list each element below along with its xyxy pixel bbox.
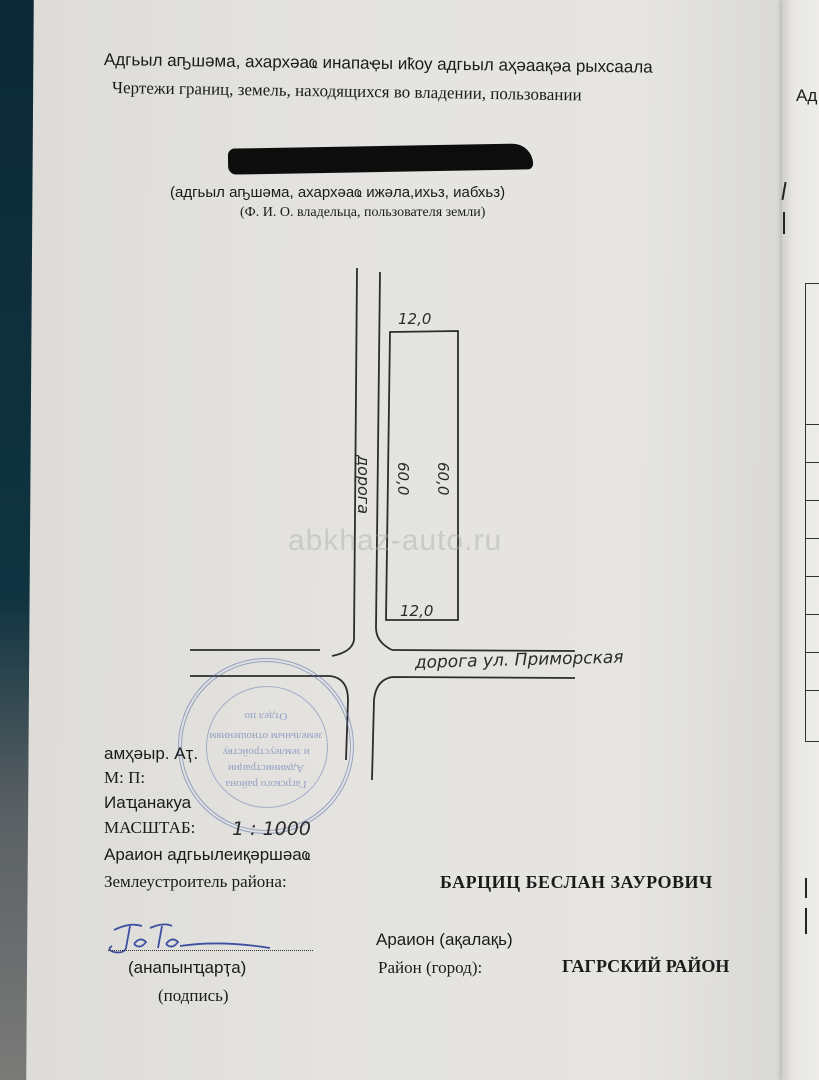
- table-row: [806, 424, 819, 425]
- table-row: [806, 652, 819, 653]
- stamp-line: Отдел по: [182, 710, 350, 722]
- horizontal-road-bottom-right: [372, 677, 575, 780]
- plot-top-dimension: 12,0: [398, 310, 431, 328]
- stamp-line: Гагрского района: [182, 778, 350, 790]
- signature: [100, 918, 300, 958]
- district-label-russian: Район (город):: [378, 958, 482, 978]
- vertical-road-left-edge: [332, 268, 357, 656]
- table-row: [806, 576, 819, 577]
- vertical-road-label: дорога: [354, 454, 373, 514]
- adjacent-page-mark: [805, 878, 807, 898]
- stamp-line: земельным отношениям: [182, 730, 350, 742]
- scale-value: 1 : 1000: [232, 818, 311, 840]
- seal-label-abkhaz: амҳәыр. Аҭ.: [104, 744, 198, 764]
- stamp-line: Администрации: [182, 762, 350, 774]
- vertical-road-right-edge: [376, 272, 392, 650]
- plot-bottom-dimension: 12,0: [400, 602, 433, 620]
- scale-label-abkhaz: Иаҵанакуа: [104, 793, 191, 813]
- surveyor-label-abkhaz: Араион адгьылеиқәршәаҩ: [104, 845, 311, 865]
- official-stamp: Гагрского района Администрации и землеус…: [178, 658, 354, 834]
- adjacent-page-table: [805, 283, 819, 742]
- signature-line: [108, 950, 313, 951]
- scale-label-russian: МАСШТАБ:: [104, 818, 195, 838]
- signature-label-abkhaz: (анапынҵарҭа): [128, 958, 246, 978]
- watermark: abkhaz-auto.ru: [288, 524, 502, 558]
- table-row: [806, 462, 819, 463]
- stamp-line: и землеустройству: [182, 746, 350, 758]
- table-row: [806, 538, 819, 539]
- adjacent-page-mark: [805, 908, 807, 934]
- plot-right-dimension: 60,0: [434, 462, 452, 495]
- district-name: ГАГРСКИЙ РАЙОН: [562, 956, 729, 977]
- seal-label-russian: М: П:: [104, 768, 145, 788]
- surveyor-name: БАРЦИЦ БЕСЛАН ЗАУРОВИЧ: [440, 872, 713, 893]
- horizontal-road-label: дорога ул. Приморская: [414, 648, 624, 673]
- table-row: [806, 614, 819, 615]
- signature-label-russian: (подпись): [158, 986, 229, 1006]
- adjacent-page-mark: [783, 212, 785, 234]
- district-label-abkhaz: Араион (ақалақь): [376, 930, 513, 950]
- table-row: [806, 690, 819, 691]
- surveyor-label-russian: Землеустроитель района:: [104, 872, 287, 892]
- table-row: [806, 500, 819, 501]
- plot-left-dimension: 60,0: [394, 462, 412, 495]
